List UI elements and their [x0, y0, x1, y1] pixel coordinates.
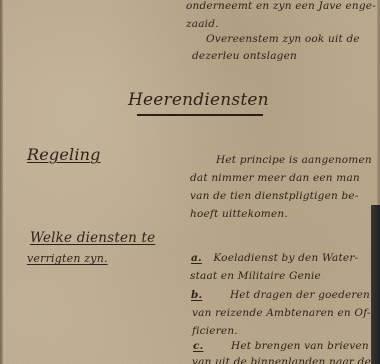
top-text-line-4: dezerleu ontslagen — [192, 50, 297, 62]
top-text-line-2: zaaid. — [186, 18, 219, 30]
page-left-edge — [0, 0, 3, 364]
margin-heading-diensten-line-1: Welke diensten te — [30, 230, 155, 246]
top-text-line-3: Overeenstem zyn ook uit de — [206, 33, 360, 45]
item-a-line-1: Koeladienst by den Water- — [213, 252, 358, 264]
section-heading-underline — [137, 114, 263, 116]
item-c-line-1: Het brengen van brieven — [231, 340, 369, 352]
item-b-line-2: van reizende Ambtenaren en Of- — [192, 307, 371, 319]
regeling-line-3: van de tien dienstpligtigen be- — [190, 190, 359, 202]
item-c-line-2: van uit de binnenlanden naar de — [192, 356, 371, 364]
regeling-line-4: hoeft uittekomen. — [190, 208, 288, 220]
item-b-line-3: ficieren. — [192, 325, 238, 337]
item-a-line-2: staat en Militaire Genie — [190, 270, 321, 282]
item-b-label: b. — [191, 289, 202, 301]
margin-heading-diensten-line-2: verrigten zyn. — [27, 252, 108, 265]
regeling-line-2: dat nimmer meer dan een man — [190, 172, 360, 184]
document-page: { "page": { "paper_color": "#bba98d", "i… — [0, 0, 380, 364]
margin-heading-regeling: Regeling — [27, 145, 101, 164]
section-heading: Heerendiensten — [128, 90, 269, 110]
page-right-edge-binding — [371, 205, 380, 364]
item-a: a. Koeladienst by den Water- — [191, 252, 358, 264]
item-c: c. Het brengen van brieven — [193, 340, 369, 352]
top-text-line-1: onderneemt en zyn een Jave enge- — [186, 0, 376, 12]
item-b: b. Het dragen der goederen — [191, 289, 370, 301]
item-c-label: c. — [193, 340, 203, 352]
regeling-line-1: Het principe is aangenomen — [216, 154, 372, 166]
item-b-line-1: Het dragen der goederen — [230, 289, 370, 301]
item-a-label: a. — [191, 252, 202, 264]
